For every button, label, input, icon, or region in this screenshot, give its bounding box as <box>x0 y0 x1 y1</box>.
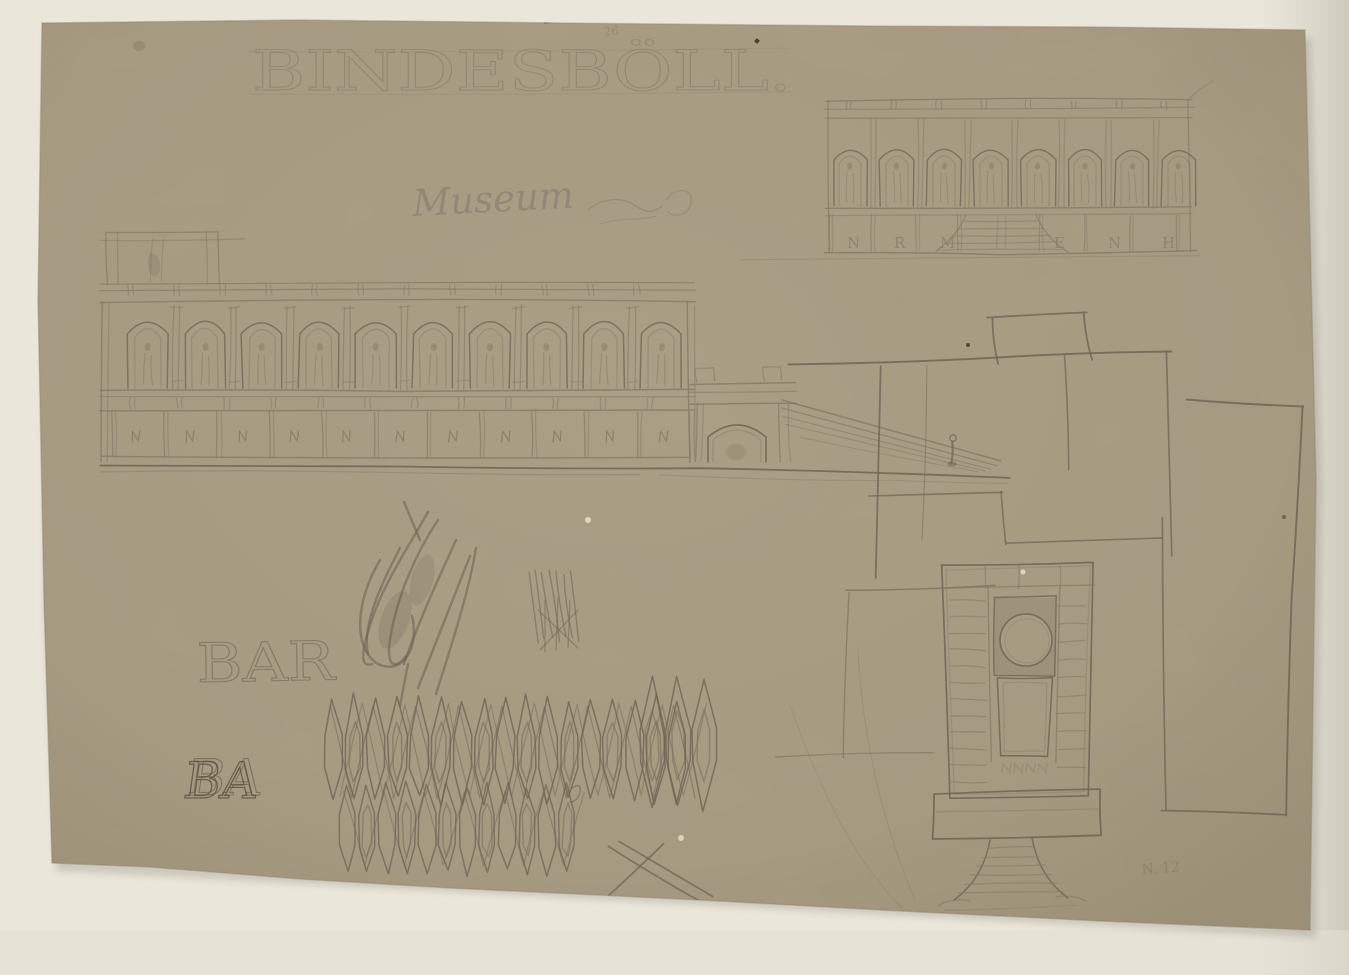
museum-inscription: Museum <box>410 174 575 225</box>
statue-figure <box>431 343 437 351</box>
pencil-stroke <box>1012 120 1013 208</box>
numeral-26: 26 <box>603 23 620 39</box>
statue-figure <box>1082 163 1087 170</box>
pencil-stroke <box>496 286 497 295</box>
cell-rung <box>950 765 986 766</box>
paper-fleck <box>585 517 591 523</box>
cell-rung <box>951 732 986 733</box>
pencil-stroke <box>941 101 942 109</box>
ba-monogram: BA BA <box>180 748 266 810</box>
attic <box>107 232 218 233</box>
cell-rung <box>1058 713 1086 714</box>
statue-figure <box>203 343 209 351</box>
statue-figure <box>487 343 493 351</box>
pencil-stroke <box>981 101 982 109</box>
pencil-stroke <box>826 118 1193 119</box>
statue-figure <box>543 343 549 351</box>
title-inscription: BINDESBÖLL. <box>252 39 792 103</box>
statue-figure <box>659 343 665 351</box>
corner-number-text: N. 12 <box>1141 859 1180 878</box>
museum-inscription-text: Museum <box>410 174 575 225</box>
statue-figure <box>942 163 947 170</box>
pencil-stroke <box>364 398 365 408</box>
pencil-stroke <box>1122 100 1123 109</box>
pencil-stroke <box>985 566 986 588</box>
bar-inscription: BAR <box>196 630 337 695</box>
pencil-stroke <box>1018 566 1019 588</box>
cell-rung <box>1057 731 1086 732</box>
statue-figure <box>1035 163 1040 170</box>
artwork-scan: BINDESBÖLL. 26 Museum NRMENH BAR BA BA N… <box>0 0 1349 975</box>
statue-figure <box>1176 163 1181 170</box>
pencil-stroke <box>374 413 375 458</box>
pencil-stroke <box>100 397 695 398</box>
pencil-stroke <box>134 399 135 409</box>
statue-figure <box>259 343 265 351</box>
statue-figure <box>1130 163 1135 170</box>
pencil-stroke <box>1153 120 1154 209</box>
ba-monogram-echo: BA <box>185 748 267 807</box>
pencil-stroke <box>209 357 210 386</box>
statue-figure <box>373 343 379 351</box>
paper-fleck <box>1021 570 1026 575</box>
pencil-stroke <box>891 101 892 109</box>
paper-fleck <box>678 835 684 841</box>
pencil-stroke <box>99 410 694 411</box>
pencil-stroke <box>493 357 494 386</box>
sketch-sheet-svg: BINDESBÖLL. 26 Museum NRMENH BAR BA BA N… <box>0 0 1349 975</box>
pencil-stroke <box>1179 215 1180 252</box>
pencil-stroke <box>118 233 119 285</box>
pencil-stroke <box>694 412 695 457</box>
statue-figure <box>894 163 899 170</box>
cell-rung <box>951 716 987 717</box>
pencil-stroke <box>286 306 287 389</box>
statue-figure <box>317 343 323 351</box>
ink-speck <box>1282 515 1286 519</box>
pencil-stroke <box>1130 216 1131 251</box>
pencil-stroke <box>269 412 270 458</box>
pencil-stroke <box>235 307 236 390</box>
pencil-stroke <box>221 412 222 457</box>
arch-shadow <box>726 444 746 460</box>
statue-figure <box>989 163 994 170</box>
facade-panel-letter: N <box>847 234 860 252</box>
mount-bottom-shade <box>0 930 1349 975</box>
figure-base <box>947 462 957 467</box>
pencil-stroke <box>342 382 354 383</box>
pencil-stroke <box>1081 172 1082 202</box>
pencil-stroke <box>458 398 459 409</box>
paper-stain <box>133 41 145 51</box>
pencil-stroke <box>871 214 872 251</box>
pencil-stroke <box>1133 215 1134 252</box>
pencil-stroke <box>1064 120 1065 208</box>
pencil-stroke <box>588 412 589 457</box>
pencil-stroke <box>179 284 180 295</box>
pencil-stroke <box>1111 121 1112 209</box>
facade-panel-letter: H <box>1162 234 1175 252</box>
statue-figure <box>601 343 607 351</box>
facade-panel-letter: N <box>1108 234 1121 252</box>
pencil-stroke <box>605 399 606 409</box>
statue-figure <box>145 343 151 351</box>
pencil-stroke <box>1034 173 1035 202</box>
statue-figure <box>847 163 852 170</box>
stair-tread <box>958 228 1044 229</box>
pencil-stroke <box>896 102 897 110</box>
facade-panel-letter: R <box>894 234 906 252</box>
ink-speck <box>966 343 970 347</box>
